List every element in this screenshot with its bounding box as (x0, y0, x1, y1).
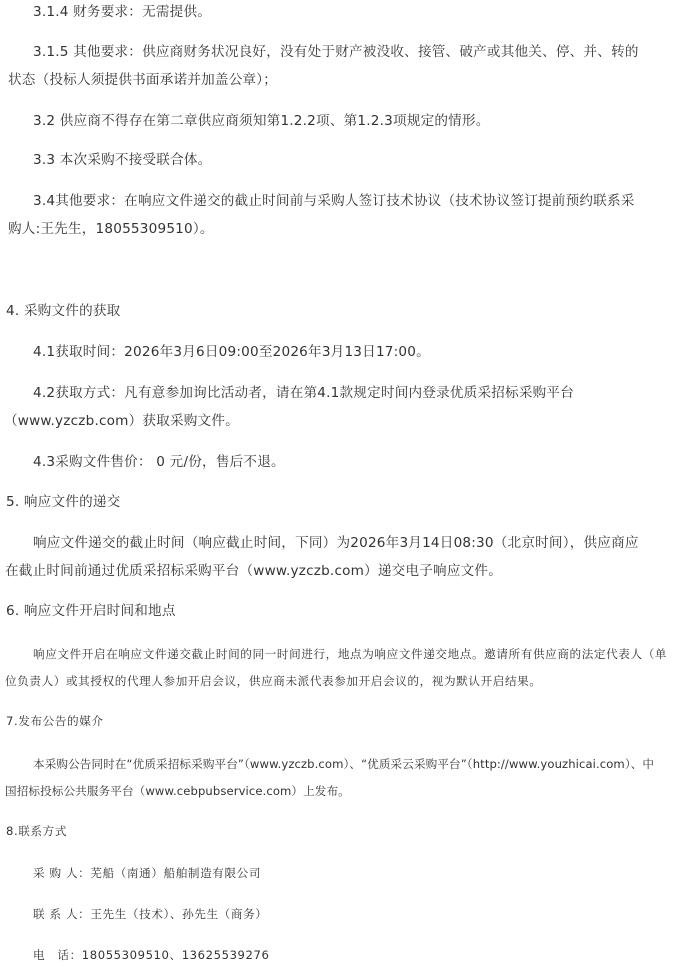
section-7-body-cont: 国招标投标公共服务平台（www.cebpubservice.com）上发布。 (5, 781, 350, 801)
item-3-1-4: 3.1.4 财务要求：无需提供。 (33, 2, 211, 22)
contact-purchaser: 采 购 人：芜船（南通）船舶制造有限公司 (33, 863, 261, 883)
item-4-3: 4.3采购文件售价： 0 元/份，售后不退。 (33, 452, 285, 472)
item-4-2-cont: （www.yzczb.com）获取采购文件。 (4, 411, 239, 431)
section-7-heading: 7.发布公告的媒介 (6, 711, 104, 731)
item-3-3: 3.3 本次采购不接受联合体。 (33, 150, 211, 170)
contact-person: 联 系 人：王先生（技术）、孙先生（商务） (33, 904, 267, 924)
section-8-heading: 8.联系方式 (6, 821, 67, 841)
section-6-body-cont: 位负责人）或其授权的代理人参加开启会议，供应商未派代表参加开启会议的，视为默认开… (5, 671, 542, 691)
section-5-body: 响应文件递交的截止时间（响应截止时间，下同）为2026年3月14日08:30（北… (33, 533, 639, 553)
item-3-4: 3.4其他要求：在响应文件递交的截止时间前与采购人签订技术协议（技术协议签订提前… (33, 191, 635, 211)
section-5-body-cont: 在截止时间前通过优质采招标采购平台（www.yzczb.com）递交电子响应文件… (5, 561, 502, 581)
section-5-heading: 5. 响应文件的递交 (6, 492, 120, 512)
section-4-heading: 4. 采购文件的获取 (6, 301, 120, 321)
item-3-1-5: 3.1.5 其他要求：供应商财务状况良好，没有处于财产被没收、接管、破产或其他关… (33, 42, 639, 62)
item-3-1-5-cont: 状态（投标人须提供书面承诺并加盖公章）； (8, 70, 277, 90)
contact-phone: 电 话：18055309510、13625539276 (33, 945, 269, 965)
item-3-2: 3.2 供应商不得存在第二章供应商须知第1.2.2项、第1.2.3项规定的情形。 (33, 111, 490, 131)
section-7-body: 本采购公告同时在“优质采招标采购平台”（www.yzczb.com）、“优质采云… (33, 754, 654, 774)
section-6-body: 响应文件开启在响应文件递交截止时间的同一时间进行，地点为响应文件递交地点。邀请所… (33, 644, 667, 664)
item-3-4-cont: 购人:王先生，18055309510）。 (8, 219, 214, 239)
item-4-1: 4.1获取时间：2026年3月6日09:00至2026年3月13日17:00。 (33, 342, 430, 362)
section-6-heading: 6. 响应文件开启时间和地点 (6, 601, 176, 621)
item-4-2: 4.2获取方式：凡有意参加询比活动者，请在第4.1款规定时间内登录优质采招标采购… (33, 383, 574, 403)
